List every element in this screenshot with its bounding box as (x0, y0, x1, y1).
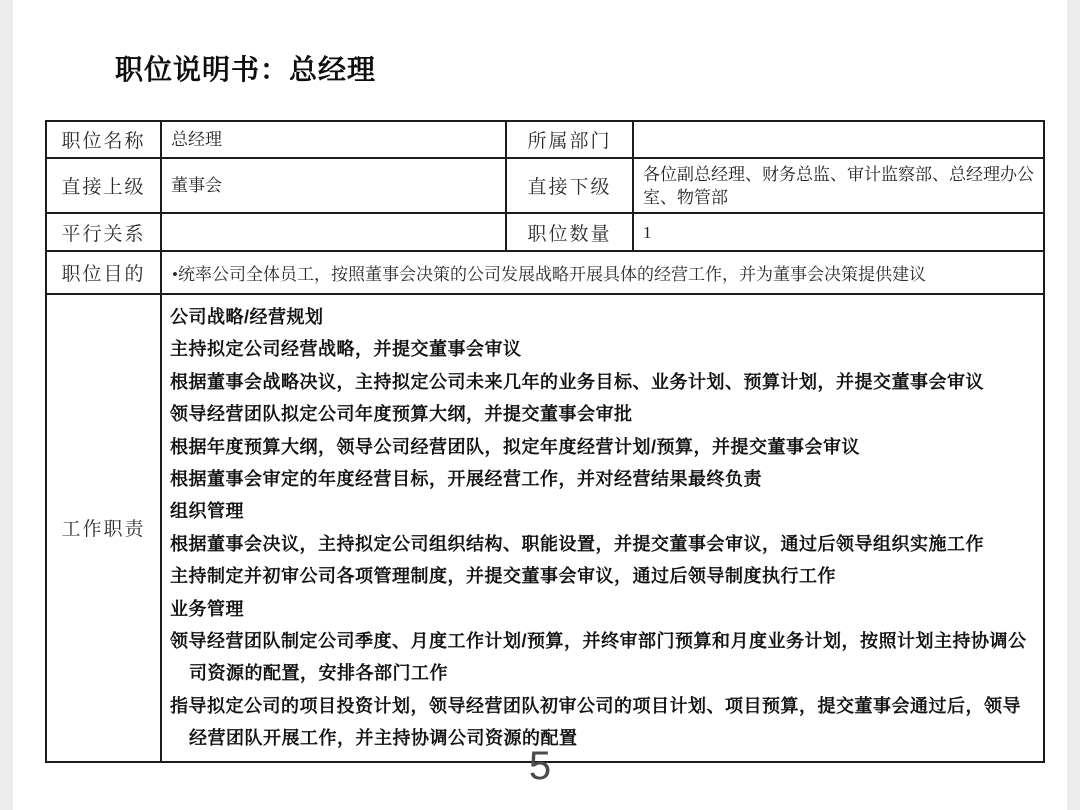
table-row: 直接上级 董事会 直接下级 各位副总经理、财务总监、审计监察部、总经理办公室、物… (46, 158, 1044, 213)
direct-subordinate-value: 各位副总经理、财务总监、审计监察部、总经理办公室、物管部 (633, 158, 1044, 213)
direct-superior-value: 董事会 (161, 158, 506, 213)
table-row: 职位名称 总经理 所属部门 (46, 121, 1044, 158)
duty-line: 根据董事会审定的年度经营目标，开展经营工作，并对经营结果最终负责 (170, 463, 1033, 495)
job-duties-label: 工作职责 (46, 294, 161, 762)
table-row: 工作职责 公司战略/经营规划主持拟定公司经营战略，并提交董事会审议根据董事会战略… (46, 294, 1044, 762)
direct-subordinate-label: 直接下级 (506, 158, 633, 213)
parallel-relation-value (161, 213, 506, 251)
position-count-label: 职位数量 (506, 213, 633, 251)
job-name-label: 职位名称 (46, 121, 161, 158)
left-edge-band (0, 0, 13, 810)
duty-line: 主持拟定公司经营战略，并提交董事会审议 (170, 333, 1033, 365)
table-row: 职位目的 •统率公司全体员工，按照董事会决策的公司发展战略开展具体的经营工作，并… (46, 251, 1044, 294)
right-edge-band (1067, 0, 1080, 810)
duty-line: 公司战略/经营规划 (170, 301, 1033, 333)
direct-superior-label: 直接上级 (46, 158, 161, 213)
page-title: 职位说明书：总经理 (115, 48, 376, 88)
job-duties-list: 公司战略/经营规划主持拟定公司经营战略，并提交董事会审议根据董事会战略决议，主持… (161, 294, 1044, 762)
position-count-value: 1 (633, 213, 1044, 251)
job-description-table: 职位名称 总经理 所属部门 直接上级 董事会 直接下级 各位副总经理、财务总监、… (45, 120, 1045, 763)
duty-line: 领导经营团队制定公司季度、月度工作计划/预算，并终审部门预算和月度业务计划，按照… (170, 625, 1033, 690)
department-value (633, 121, 1044, 158)
duty-line: 业务管理 (170, 593, 1033, 625)
job-purpose-text: •统率公司全体员工，按照董事会决策的公司发展战略开展具体的经营工作，并为董事会决… (161, 251, 1044, 294)
duty-line: 组织管理 (170, 495, 1033, 527)
duty-line: 根据董事会战略决议，主持拟定公司未来几年的业务目标、业务计划、预算计划，并提交董… (170, 366, 1033, 398)
job-purpose-label: 职位目的 (46, 251, 161, 294)
duty-line: 领导经营团队拟定公司年度预算大纲，并提交董事会审批 (170, 398, 1033, 430)
duty-line: 根据董事会决议，主持拟定公司组织结构、职能设置，并提交董事会审议，通过后领导组织… (170, 528, 1033, 560)
duty-line: 主持制定并初审公司各项管理制度，并提交董事会审议，通过后领导制度执行工作 (170, 560, 1033, 592)
table-row: 平行关系 职位数量 1 (46, 213, 1044, 251)
department-label: 所属部门 (506, 121, 633, 158)
job-name-value: 总经理 (161, 121, 506, 158)
duty-line: 根据年度预算大纲，领导公司经营团队，拟定年度经营计划/预算，并提交董事会审议 (170, 431, 1033, 463)
parallel-relation-label: 平行关系 (46, 213, 161, 251)
page-number: 5 (0, 744, 1080, 789)
